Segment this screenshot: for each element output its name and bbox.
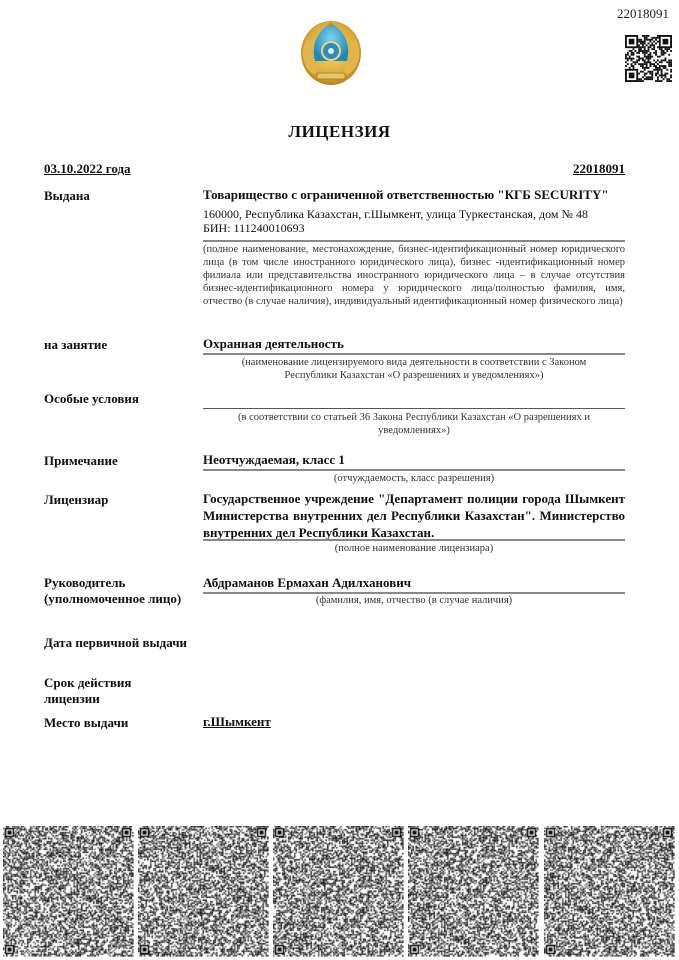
- license-date: 03.10.2022 года: [44, 161, 131, 177]
- special-conditions-hint: (в соответствии со статьей 36 Закона Рес…: [203, 411, 625, 437]
- activity-label: на занятие: [44, 336, 107, 353]
- qr-code-icon: [544, 826, 675, 957]
- activity-hint: (наименование лицензируемого вида деятел…: [203, 356, 625, 382]
- licensor-hint: (полное наименование лицензиара): [203, 542, 625, 555]
- license-number: 22018091: [573, 161, 625, 177]
- issued-address: 160000, Республика Казахстан, г.Шымкент,…: [203, 207, 625, 222]
- document-number-top: 22018091: [617, 6, 669, 22]
- place-label: Место выдачи: [44, 714, 128, 731]
- special-conditions-label: Особые условия: [44, 390, 139, 407]
- head-hint: (фамилия, имя, отчество (в случае наличи…: [203, 594, 625, 607]
- issued-label: Выдана: [44, 187, 90, 204]
- issued-hint: (полное наименование, местонахождение, б…: [203, 243, 625, 308]
- qr-code-icon: [138, 826, 269, 957]
- note-rule: [203, 469, 625, 471]
- head-label-line2: (уполномоченное лицо): [44, 590, 181, 607]
- validity-label-line1: Срок действия: [44, 674, 131, 691]
- licensor-rule: [203, 539, 625, 541]
- note-hint: (отчуждаемость, класс разрешения): [203, 472, 625, 485]
- head-value: Абдраманов Ермахан Адилханович: [203, 574, 625, 591]
- licensor-label: Лицензиар: [44, 491, 108, 508]
- activity-value: Охранная деятельность: [203, 335, 625, 352]
- qr-code-icon: [408, 826, 539, 957]
- qr-code-icon: [625, 35, 672, 82]
- page-title: ЛИЦЕНЗИЯ: [0, 122, 679, 142]
- issued-name: Товарищество с ограниченной ответственно…: [203, 186, 625, 203]
- head-label-line1: Руководитель: [44, 574, 125, 591]
- first-issue-label: Дата первичной выдачи: [44, 634, 187, 651]
- note-label: Примечание: [44, 452, 118, 469]
- issued-rule: [203, 240, 625, 242]
- special-conditions-rule: [203, 408, 625, 409]
- note-value: Неотчуждаемая, класс 1: [203, 451, 625, 468]
- validity-label-line2: лицензии: [44, 690, 100, 707]
- kazakhstan-coat-of-arms-icon: [295, 17, 367, 89]
- qr-code-icon: [273, 826, 404, 957]
- qr-code-icon: [3, 826, 134, 957]
- issued-bin: БИН: 111240010693: [203, 221, 625, 236]
- place-value: г.Шымкент: [203, 714, 271, 730]
- activity-rule: [203, 353, 625, 355]
- licensor-value: Государственное учреждение "Департамент …: [203, 490, 625, 541]
